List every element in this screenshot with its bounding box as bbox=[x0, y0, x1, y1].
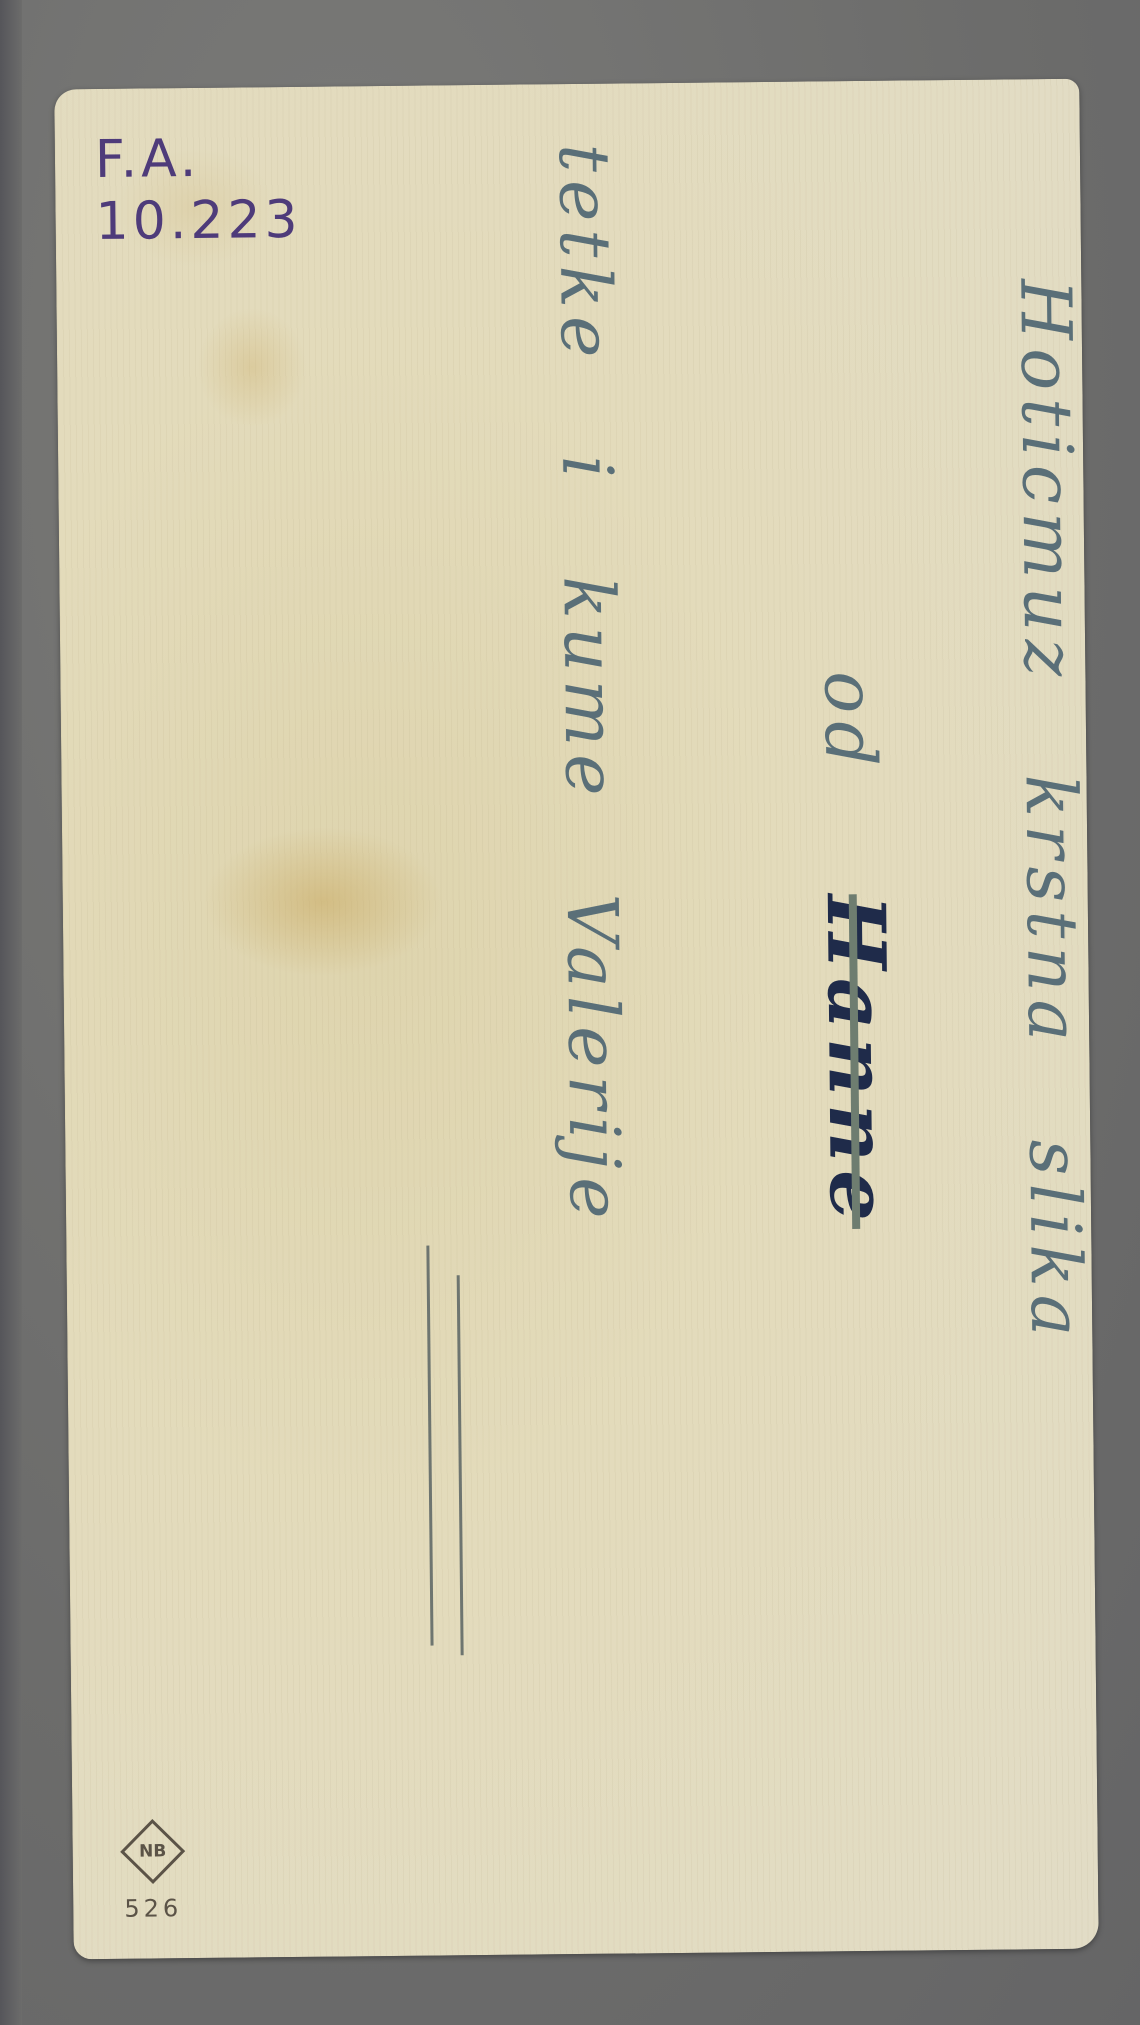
diamond-logo-icon: NB bbox=[120, 1819, 185, 1884]
maker-code: 526 bbox=[113, 1894, 193, 1923]
maker-logo-text: NB bbox=[132, 1831, 172, 1871]
underline-stroke bbox=[457, 1275, 464, 1655]
inscription-word: tetke bbox=[543, 143, 627, 365]
inscription-line-3: tetke i kume Valerije bbox=[543, 143, 637, 1286]
foxing-stain bbox=[197, 307, 308, 428]
struck-out-name: Hanne bbox=[809, 894, 906, 1230]
inscription-word: Hoticmuz bbox=[1004, 279, 1090, 685]
inscription-word: kume bbox=[547, 576, 631, 804]
inscription-word: od bbox=[808, 671, 891, 775]
photo-paper-maker-mark: NB 526 bbox=[112, 1828, 193, 1923]
inscription-word: krstna bbox=[1009, 774, 1094, 1050]
signature-underline bbox=[426, 1245, 470, 1665]
inscription-word: Valerije bbox=[551, 893, 636, 1226]
inscription-line-2: od Hanne bbox=[806, 671, 906, 1230]
archive-collection-code: F.A. bbox=[95, 127, 302, 191]
background-edge bbox=[0, 0, 22, 2025]
inscription-line-1: Hoticmuz krstna slika bbox=[1004, 279, 1098, 1405]
inscription-word: i bbox=[546, 455, 628, 486]
inscription-word: slika bbox=[1013, 1139, 1097, 1345]
archive-number: F.A. 10.223 bbox=[95, 127, 302, 253]
archive-item-number: 10.223 bbox=[95, 189, 302, 253]
foxing-stain bbox=[202, 825, 444, 978]
photo-card-back: F.A. 10.223 Hoticmuz krstna slika od Han… bbox=[54, 79, 1099, 1960]
underline-stroke bbox=[426, 1246, 433, 1646]
